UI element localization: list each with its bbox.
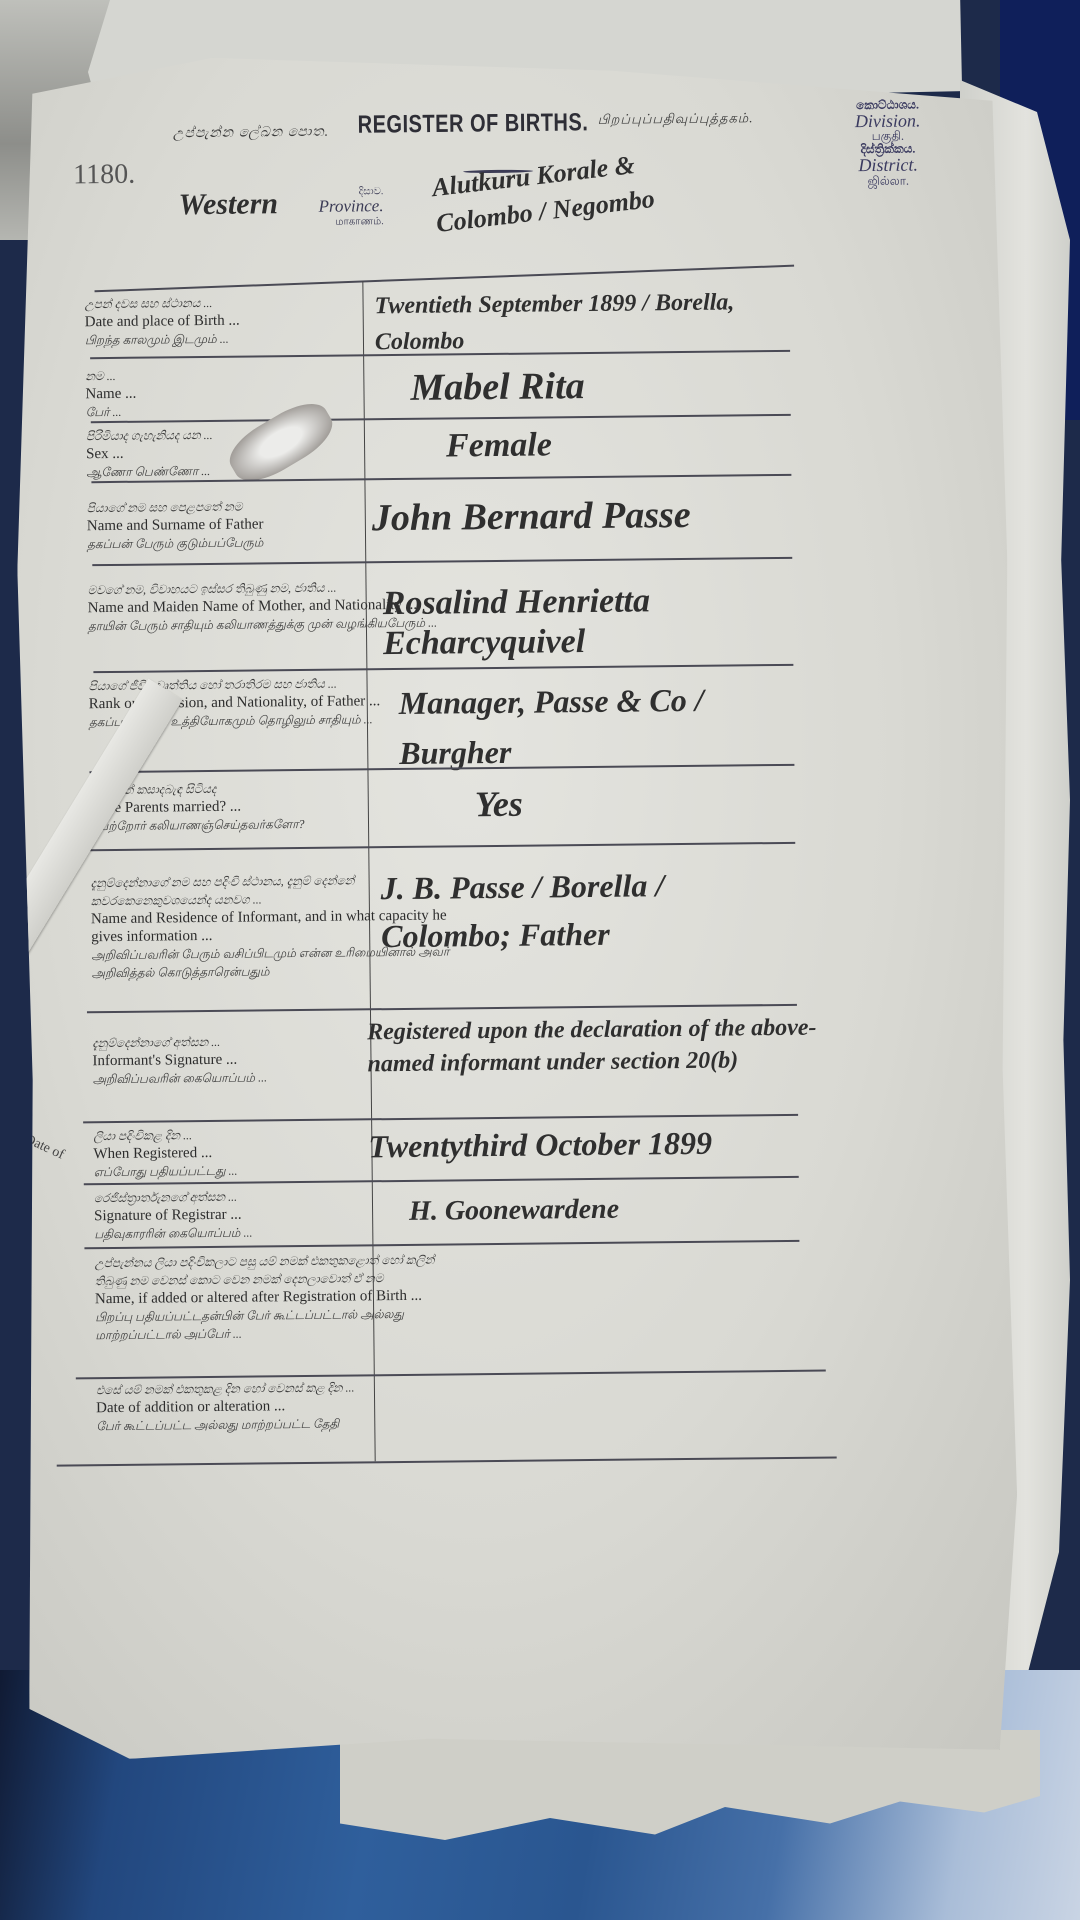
province-label-ta: மாகாணம். xyxy=(319,216,384,228)
label-ta: பேர் கூட்டப்பட்ட அல்லது மாற்றப்பட்ட தேதி xyxy=(96,1413,456,1435)
label-ta: பிறப்பு பதியப்பட்டதன்பின் பேர் கூட்டப்பட… xyxy=(95,1304,455,1344)
value-father-name: John Bernard Passe xyxy=(372,493,691,540)
field-label-registrar-signature: රෙජිස්ත්‍රාර්තැනගේ අත්සන ... Signature o… xyxy=(94,1185,455,1243)
field-label-parents-married: මවිපියන් කසාදබැඳ සිටියද Were Parents mar… xyxy=(90,777,451,835)
document-title: REGISTER OF BIRTHS. xyxy=(358,109,589,140)
label-si: උප්පැන්නය ලියා පදිංචිකලාට පසු යම් නමක් එ… xyxy=(95,1250,455,1290)
row-rule xyxy=(93,664,793,673)
value-parents-married: Yes xyxy=(475,783,523,826)
register-page: Registration M 1 (P) 1907 උප්පැන්න ලේඛන … xyxy=(12,50,1030,1760)
torn-fragment-text: Date of xyxy=(22,1132,66,1164)
bottom-rule xyxy=(57,1456,837,1466)
value-date-place-birth: Twentieth September 1899 / Borella, Colo… xyxy=(374,284,795,360)
value-registrar-signature: H. Goonewardene xyxy=(409,1194,619,1228)
value-mother: Rosalind Henrietta Echarcyquivel xyxy=(383,580,764,664)
row-rule xyxy=(90,842,795,851)
province-handwritten: Western xyxy=(178,187,278,222)
division-district-header: කොට්ඨාශය. Division. பகுதி. දිස්ත්‍රික්කය… xyxy=(832,98,943,187)
value-sex: Female xyxy=(446,426,552,465)
value-informant: J. B. Passe / Borella / Colombo; Father xyxy=(380,860,801,960)
row-rule xyxy=(92,557,792,566)
province-label: දිසාව. Province. மாகாணம். xyxy=(318,186,383,227)
division-label: Division. xyxy=(833,111,943,131)
district-label-ta: ஜில்லா. xyxy=(833,174,943,188)
division-district-handwritten: Alutkuru Korale & Colombo / Negombo xyxy=(430,138,716,242)
title-sinhala: උප්පැන්න ලේඛන පොත. xyxy=(173,125,330,143)
label-ta: பதிவுகாரரின் கையொப்பம் ... xyxy=(94,1221,454,1243)
province-label-en: Province. xyxy=(318,197,383,216)
label-ta: பெற்றோர் கலியாணஞ்செய்தவர்களோ? xyxy=(90,813,450,835)
district-label: District. xyxy=(833,155,943,175)
field-label-name: නම ... Name ... பேர் ... xyxy=(85,363,446,421)
entry-number: 1180. xyxy=(73,159,135,192)
field-label-date-altered: එසේ යම් නමක් එකතුකළ දින හෝ වෙනස් කළ දින … xyxy=(96,1377,457,1435)
value-when-registered: Twentythird October 1899 xyxy=(368,1125,712,1166)
title-tamil: பிறப்புப்பதிவுப்புத்தகம். xyxy=(598,110,754,129)
row-rule xyxy=(87,1004,797,1013)
field-label-name-altered: උප්පැන්නය ලියා පදිංචිකලාට පසු යම් නමක් එ… xyxy=(95,1250,456,1344)
row-rule xyxy=(83,1114,798,1123)
value-father-profession: Manager, Passe & Co / Burgher xyxy=(398,674,799,778)
value-informant-signature: Registered upon the declaration of the a… xyxy=(367,1011,838,1080)
value-name: Mabel Rita xyxy=(410,364,585,410)
